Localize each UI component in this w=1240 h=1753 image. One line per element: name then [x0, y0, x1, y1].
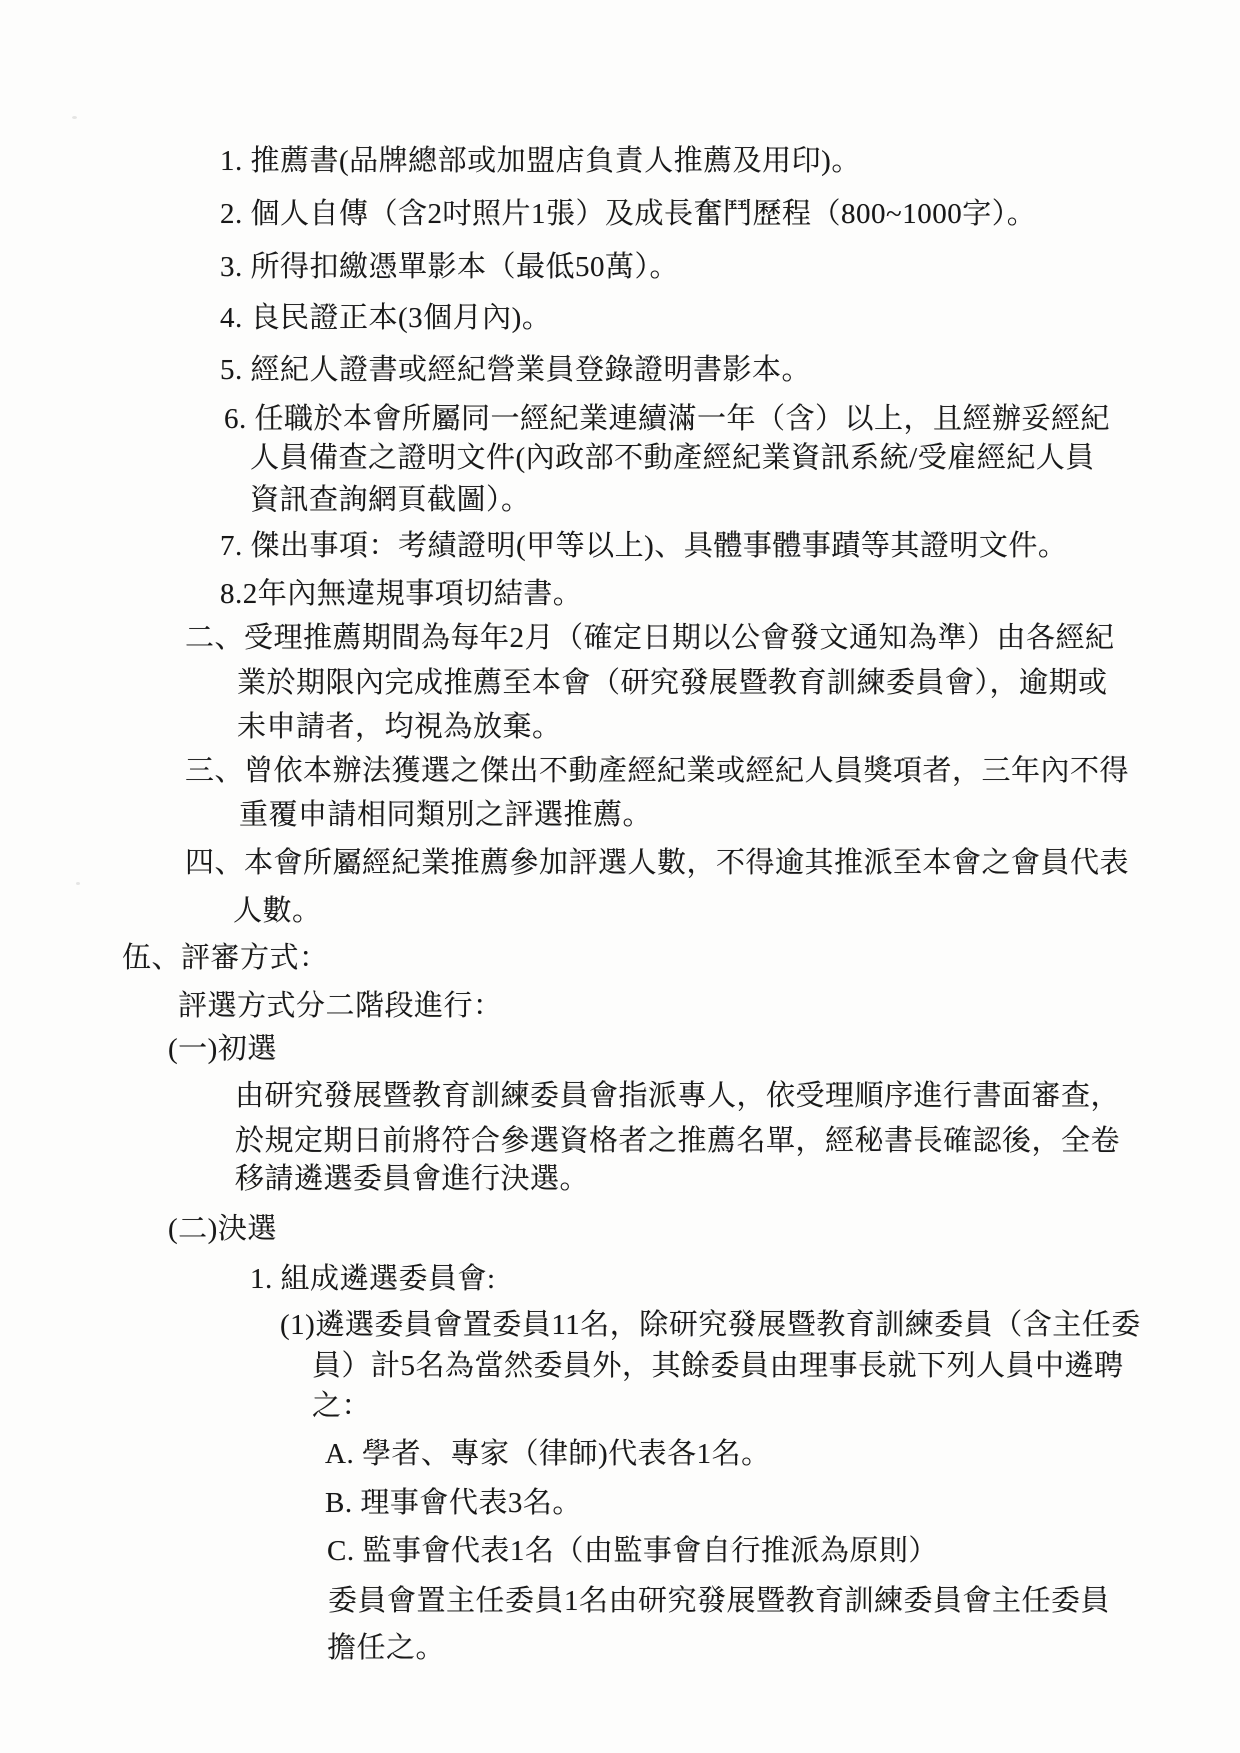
clause-2-cont-1: 業於期限內完成推薦至本會（研究發展暨教育訓練委員會），逾期或 — [237, 665, 1108, 701]
stage-1-body-3: 移請遴選委員會進行決選。 — [235, 1161, 589, 1197]
stage-2-item-1-1b: 員）計5名為當然委員外，其餘委員由理事長就下列人員中遴聘 — [312, 1348, 1124, 1384]
stage-2-item-1: 1. 組成遴選委員會: — [250, 1261, 496, 1297]
clause-2: 二、受理推薦期間為每年2月（確定日期以公會發文通知為準）由各經紀 — [185, 620, 1115, 656]
item-7: 7. 傑出事項：考績證明(甲等以上)、具體事體事蹟等其證明文件。 — [220, 528, 1067, 564]
stage-1-body-1: 由研究發展暨教育訓練委員會指派專人，依受理順序進行書面審查， — [235, 1078, 1120, 1114]
item-4: 4. 良民證正本(3個月內)。 — [220, 300, 551, 336]
document-page: 1. 推薦書(品牌總部或加盟店負責人推薦及用印)。2. 個人自傳（含2吋照片1張… — [0, 0, 1240, 1753]
stage-2-item-1-1: (1)遴選委員會置委員11名，除研究發展暨教育訓練委員（含主任委 — [280, 1307, 1141, 1343]
clause-4-cont-1: 人數。 — [233, 893, 322, 929]
scan-speckle — [730, 1545, 734, 1548]
scan-speckle — [76, 882, 80, 885]
clause-3: 三、曾依本辦法獲選之傑出不動產經紀業或經紀人員獎項者，三年內不得 — [185, 753, 1129, 789]
clause-4: 四、本會所屬經紀業推薦參加評選人數，不得逾其推派至本會之會員代表 — [185, 845, 1129, 881]
item-1: 1. 推薦書(品牌總部或加盟店負責人推薦及用印)。 — [220, 143, 861, 179]
section-5-intro: 評選方式分二階段進行： — [178, 988, 503, 1024]
clause-2-cont-2: 未申請者，均視為放棄。 — [237, 709, 562, 745]
item-6: 6. 任職於本會所屬同一經紀業連續滿一年（含）以上，且經辦妥經紀 — [224, 401, 1110, 437]
item-8: 8.2年內無違規事項切結書。 — [220, 576, 582, 612]
section-5-heading: 伍、評審方式： — [122, 940, 329, 976]
item-5: 5. 經紀人證書或經紀營業員登錄證明書影本。 — [220, 352, 811, 388]
scan-speckle — [72, 116, 77, 119]
chair-note-1: 委員會置主任委員1名由研究發展暨教育訓練委員會主任委員 — [328, 1583, 1110, 1619]
stage-1-body-2: 於規定期日前將符合參選資格者之推薦名單，經秘書長確認後，全卷 — [235, 1123, 1120, 1159]
subitem-a: A. 學者、專家（律師)代表各1名。 — [325, 1436, 771, 1472]
subitem-b: B. 理事會代表3名。 — [325, 1485, 582, 1521]
chair-note-2: 擔任之。 — [327, 1630, 445, 1666]
item-2: 2. 個人自傳（含2吋照片1張）及成長奮鬥歷程（800~1000字）。 — [220, 196, 1036, 232]
stage-2-item-1-1c: 之： — [312, 1388, 371, 1424]
item-6-cont-1: 人員備查之證明文件(內政部不動產經紀業資訊系統/受雇經紀人員 — [250, 440, 1095, 476]
item-6-cont-2: 資訊查詢網頁截圖）。 — [250, 482, 531, 518]
clause-3-cont-1: 重覆申請相同類別之評選推薦。 — [239, 797, 652, 833]
stage-1-heading: (一)初選 — [168, 1031, 277, 1067]
stage-2-heading: (二)決選 — [168, 1211, 277, 1247]
subitem-c: C. 監事會代表1名（由監事會自行推派為原則） — [327, 1533, 938, 1569]
item-3: 3. 所得扣繳憑單影本（最低50萬）。 — [220, 249, 679, 285]
